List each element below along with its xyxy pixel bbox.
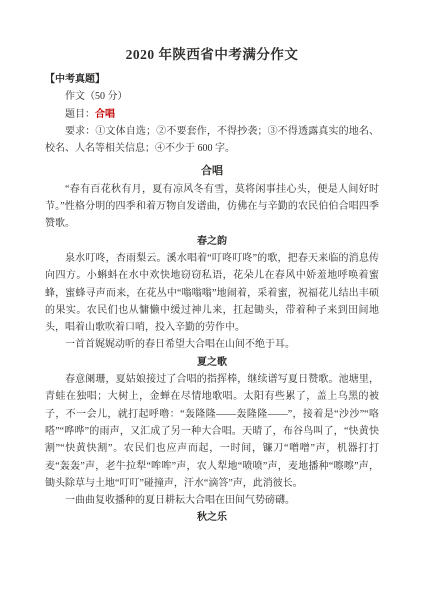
essay-score-line: 作文（50 分） bbox=[45, 88, 379, 105]
essay-title: 合唱 bbox=[45, 163, 379, 180]
document-title: 2020 年陕西省中考满分作文 bbox=[45, 46, 379, 64]
requirements-text: 要求：①文体自选；②不要套作，不得抄袭；③不得透露真实的地名、校名、人名等相关信… bbox=[45, 123, 379, 158]
document-page: 2020 年陕西省中考满分作文 【中考真题】 作文（50 分） 题目：合唱 要求… bbox=[0, 0, 424, 600]
spring-closing-paragraph: 一首首娓娓动听的春日希望大合唱在山间不绝于耳。 bbox=[45, 336, 379, 353]
topic-value: 合唱 bbox=[95, 109, 115, 120]
topic-label: 题目： bbox=[65, 109, 95, 120]
summer-paragraph: 春意阑珊，夏姑娘接过了合唱的指挥棒，继续谱写夏日赞歌。池塘里，青蛙在独唱；大树上… bbox=[45, 371, 379, 492]
topic-line: 题目：合唱 bbox=[45, 106, 379, 123]
section-heading-spring: 春之韵 bbox=[45, 233, 379, 250]
essay-intro-paragraph: “春有百花秋有月，夏有凉风冬有雪，莫将闲事挂心头，便是人间好时节。”性格分明的四… bbox=[45, 181, 379, 233]
summer-closing-paragraph: 一曲曲复收播种的夏日耕耘大合唱在田间气势磅礴。 bbox=[45, 492, 379, 509]
section-heading-autumn: 秋之乐 bbox=[45, 509, 379, 526]
section-heading-summer: 夏之歌 bbox=[45, 354, 379, 371]
spring-paragraph: 泉水叮咚，杏雨梨云。溪水唱着“叮咚叮咚”的歌，把春天来临的消息传向四方。小蝌蚪在… bbox=[45, 250, 379, 336]
exam-question-tag: 【中考真题】 bbox=[45, 71, 379, 88]
